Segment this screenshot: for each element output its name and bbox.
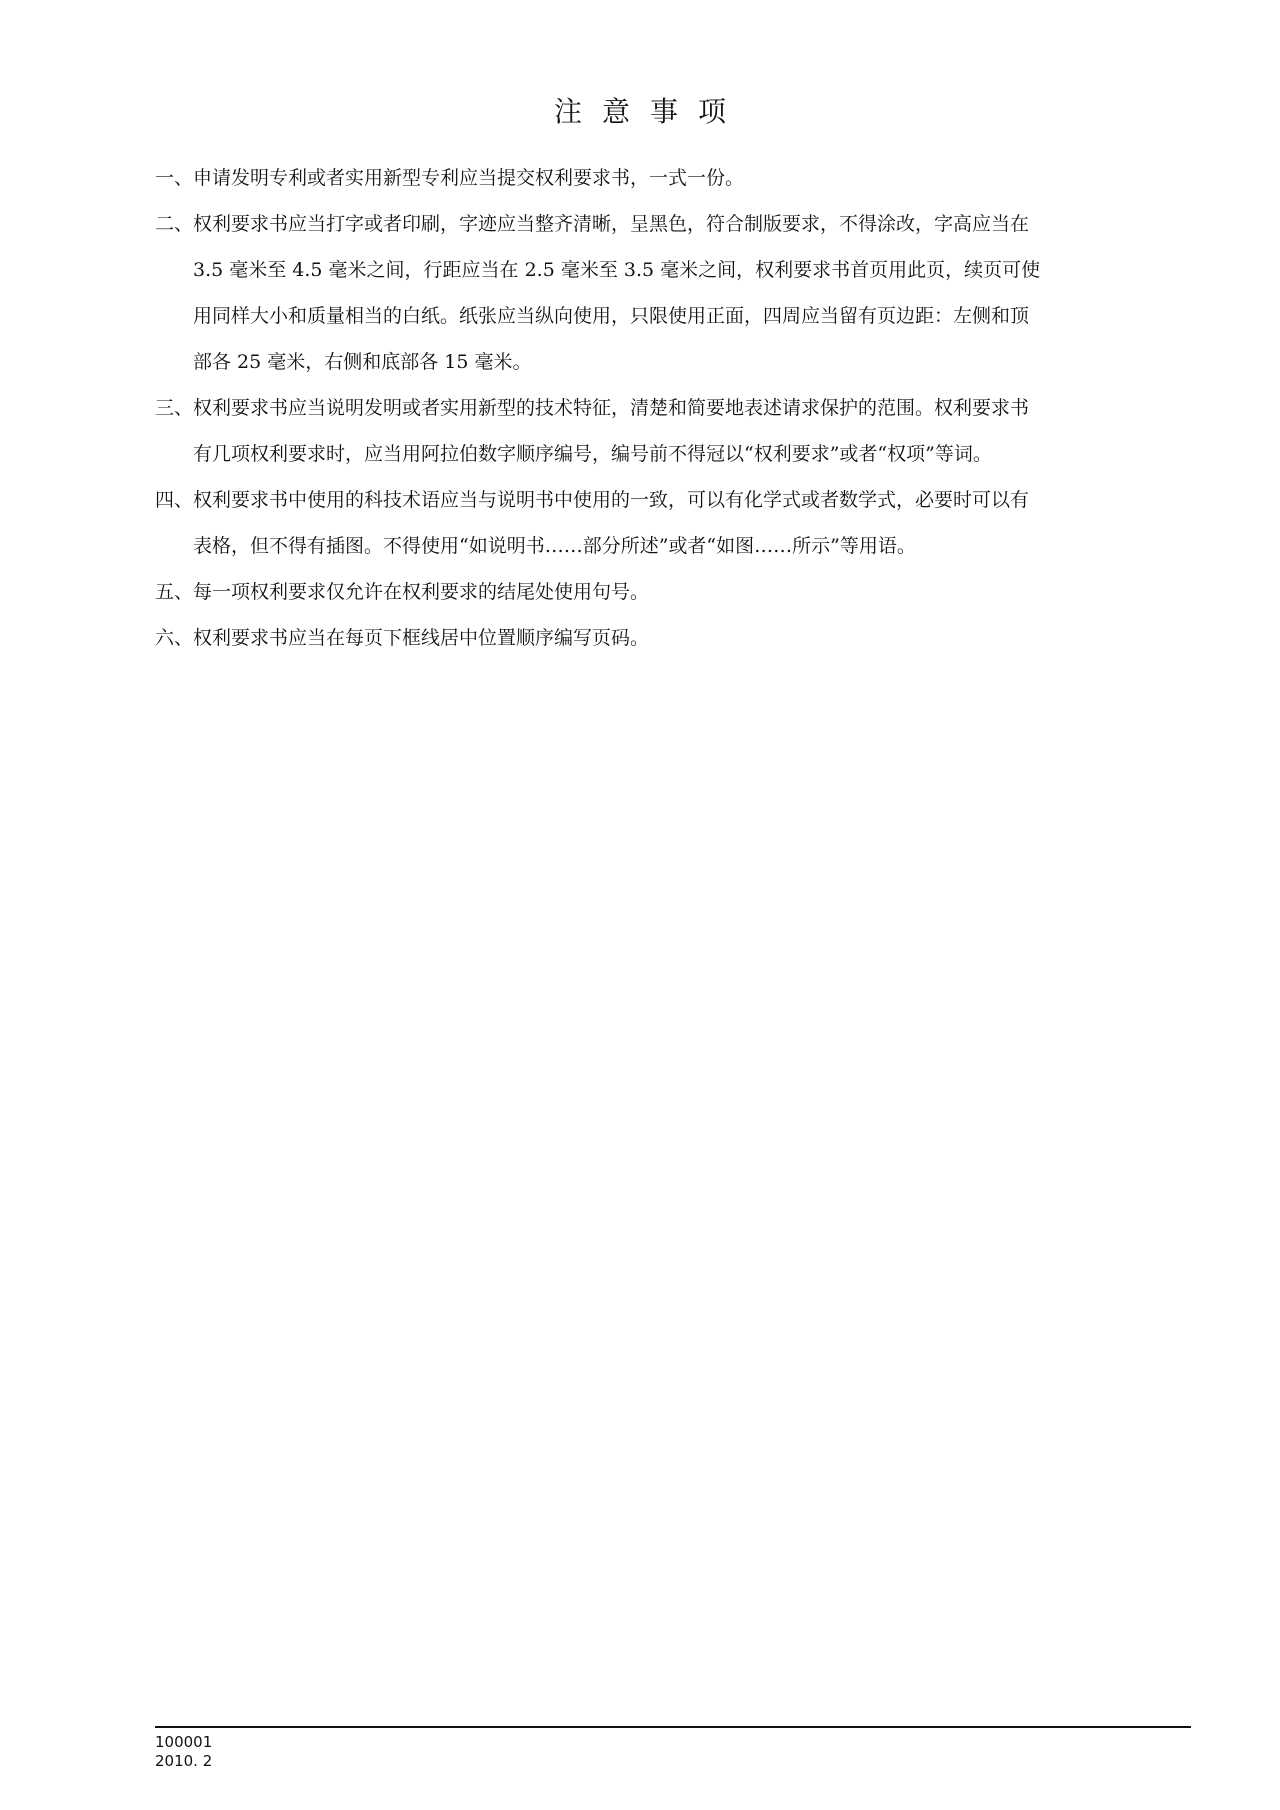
version-date: 2010. 2 — [155, 1752, 212, 1770]
page-title: 注意事项 — [0, 92, 1280, 132]
item-text-line: 申请发明专利或者实用新型专利应当提交权利要求书，一式一份。 — [193, 162, 1195, 195]
notice-item-2: 二、 权利要求书应当打字或者印刷，字迹应当整齐清晰，呈黑色，符合制版要求，不得涂… — [155, 208, 1195, 379]
item-number: 三、 — [155, 392, 193, 425]
notice-item-5: 五、 每一项权利要求仅允许在权利要求的结尾处使用句号。 — [155, 576, 1195, 609]
notice-item-4: 四、 权利要求书中使用的科技术语应当与说明书中使用的一致，可以有化学式或者数学式… — [155, 484, 1195, 563]
item-text-line: 部各 25 毫米，右侧和底部各 15 毫米。 — [193, 346, 1195, 379]
item-text-line: 权利要求书应当在每页下框线居中位置顺序编写页码。 — [193, 622, 1195, 655]
item-text-line: 表格，但不得有插图。不得使用“如说明书……部分所述”或者“如图……所示”等用语。 — [193, 530, 1195, 563]
item-text-line: 权利要求书应当打字或者印刷，字迹应当整齐清晰，呈黑色，符合制版要求，不得涂改，字… — [193, 208, 1195, 241]
item-number: 四、 — [155, 484, 193, 517]
item-text-line: 每一项权利要求仅允许在权利要求的结尾处使用句号。 — [193, 576, 1195, 609]
item-text-line: 有几项权利要求时，应当用阿拉伯数字顺序编号，编号前不得冠以“权利要求”或者“权项… — [193, 438, 1195, 471]
notice-item-3: 三、 权利要求书应当说明发明或者实用新型的技术特征，清楚和简要地表述请求保护的范… — [155, 392, 1195, 471]
item-text-line: 权利要求书应当说明发明或者实用新型的技术特征，清楚和简要地表述请求保护的范围。权… — [193, 392, 1195, 425]
notice-list: 一、 申请发明专利或者实用新型专利应当提交权利要求书，一式一份。 二、 权利要求… — [155, 162, 1195, 668]
footer-divider — [155, 1726, 1191, 1728]
item-number: 二、 — [155, 208, 193, 241]
item-number: 六、 — [155, 622, 193, 655]
item-text-line: 3.5 毫米至 4.5 毫米之间，行距应当在 2.5 毫米至 3.5 毫米之间，… — [193, 254, 1195, 287]
form-code: 100001 — [155, 1733, 212, 1751]
item-text-line: 权利要求书中使用的科技术语应当与说明书中使用的一致，可以有化学式或者数学式，必要… — [193, 484, 1195, 517]
item-number: 五、 — [155, 576, 193, 609]
item-text-line: 用同样大小和质量相当的白纸。纸张应当纵向使用，只限使用正面，四周应当留有页边距：… — [193, 300, 1195, 333]
notice-item-1: 一、 申请发明专利或者实用新型专利应当提交权利要求书，一式一份。 — [155, 162, 1195, 195]
notice-item-6: 六、 权利要求书应当在每页下框线居中位置顺序编写页码。 — [155, 622, 1195, 655]
item-number: 一、 — [155, 162, 193, 195]
